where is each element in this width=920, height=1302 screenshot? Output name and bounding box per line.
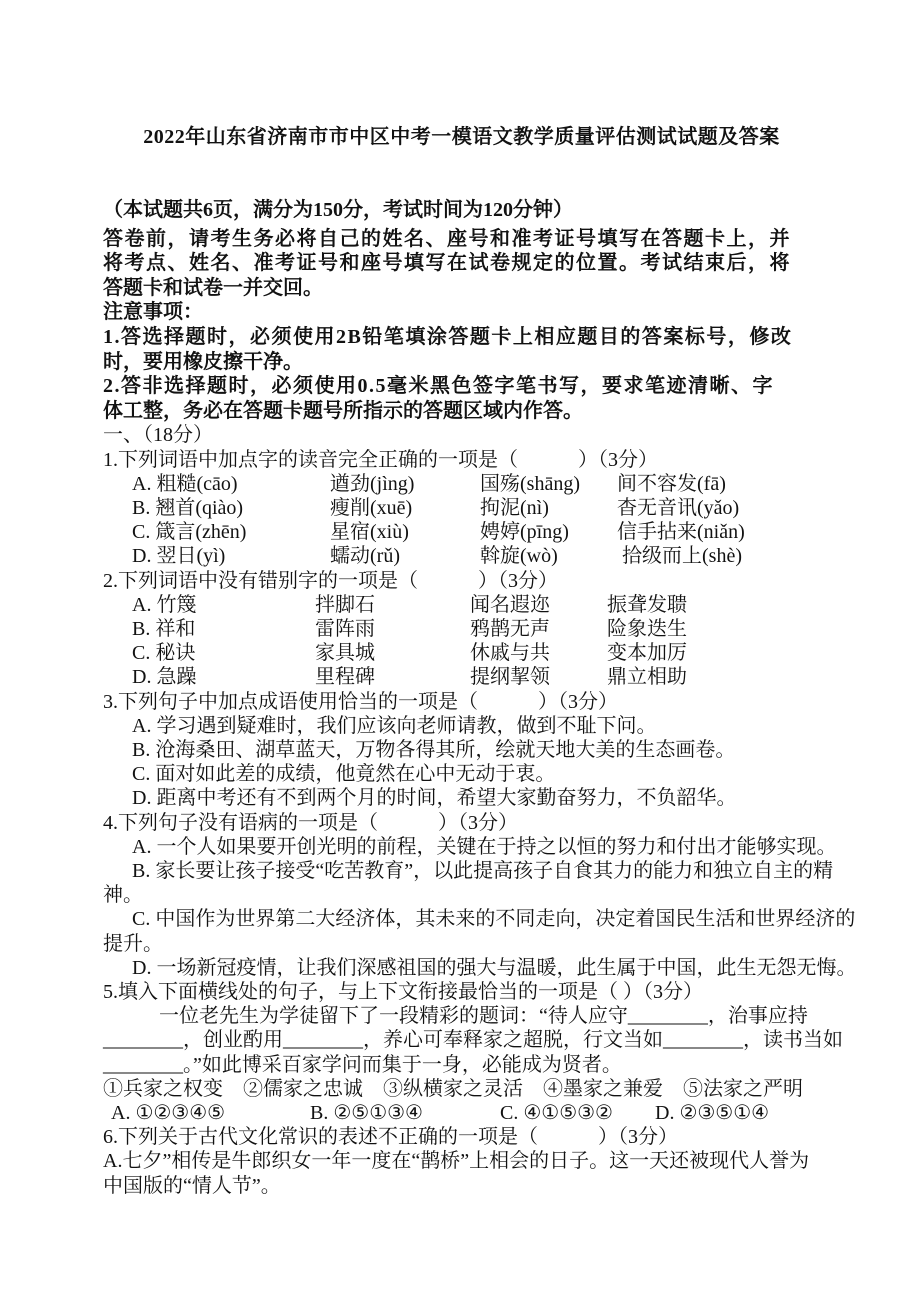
question-1-option-b: B. 翘首(qiào) 瘦削(xuē) 拘泥(nì) 杳无音讯(yǎo) — [103, 496, 820, 520]
option-cell: 里程碑 — [315, 665, 470, 689]
option-cell: 拌脚石 — [315, 593, 470, 617]
question-4-option-b: B. 家长要让孩子接受“吃苦教育”，以此提高孩子自食其力的能力和独立自主的精 — [103, 859, 820, 883]
option-cell: C. 箴言(zhēn) — [132, 520, 330, 544]
option-cell: 信手拈来(niǎn) — [617, 520, 745, 544]
question-1-option-a: A. 粗糙(cāo) 遒劲(jìng) 国殇(shāng) 间不容发(fā) — [103, 472, 820, 496]
note2-line: 体工整，务必在答题卡题号所指示的答题区域内作答。 — [103, 399, 820, 424]
option-cell: 险象迭生 — [607, 617, 687, 641]
option-cell: 拘泥(nì) — [480, 496, 617, 520]
question-1-option-c: C. 箴言(zhēn) 星宿(xiù) 娉婷(pīng) 信手拈来(niǎn) — [103, 520, 820, 544]
exam-notice-section: （本试题共6页，满分为150分，考试时间为120分钟） 答卷前，请考生务必将自己… — [103, 198, 820, 423]
question-2-option-d: D. 急躁 里程碑 提纲挈领 鼎立相助 — [103, 665, 820, 689]
question-4-option-c: C. 中国作为世界第二大经济体，其未来的不同走向，决定着国民生活和世界经济的 — [103, 907, 820, 931]
option-cell: 提纲挈领 — [470, 665, 607, 689]
option-cell: C. 秘诀 — [132, 641, 315, 665]
option-cell: D. 翌日(yì) — [132, 544, 330, 568]
option-cell: 间不容发(fā) — [617, 472, 726, 496]
option-cell: A. 粗糙(cāo) — [132, 472, 330, 496]
option-cell: 星宿(xiù) — [330, 520, 480, 544]
exam-info-line: （本试题共6页，满分为150分，考试时间为120分钟） — [103, 198, 820, 223]
option-cell: 斡旋(wò) — [480, 544, 617, 568]
question-5-choices: A. ①②③④⑤ B. ②⑤①③④ C. ④①⑤③② D. ②③⑤①④ — [103, 1101, 820, 1125]
notes-title: 注意事项： — [103, 300, 820, 325]
note2-line: 2.答非选择题时，必须使用0.5毫米黑色签字笔书写，要求笔迹清晰、字 — [103, 374, 820, 399]
option-cell: 雷阵雨 — [315, 617, 470, 641]
question-6-option-a: A.七夕”相传是牛郎织女一年一度在“鹊桥”上相会的日子。这一天还被现代人誉为 — [103, 1149, 820, 1173]
question-3-option-c: C. 面对如此差的成绩，他竟然在心中无动于衷。 — [103, 762, 820, 786]
question-6-option-a-continued: 中国版的“情人节”。 — [103, 1174, 820, 1198]
option-cell: 瘦削(xuē) — [330, 496, 480, 520]
question-6-stem: 6.下列关于古代文化常识的表述不正确的一项是（ ）（3分） — [103, 1125, 820, 1149]
option-cell: 娉婷(pīng) — [480, 520, 617, 544]
question-3-stem: 3.下列句子中加点成语使用恰当的一项是（ ）（3分） — [103, 690, 820, 714]
option-cell: A. 竹篾 — [132, 593, 315, 617]
question-4-option-c-continued: 提升。 — [103, 932, 820, 956]
question-1-stem: 1.下列词语中加点字的读音完全正确的一项是（ ）（3分） — [103, 448, 820, 472]
question-5-stem: 5.填入下面横线处的句子，与上下文衔接最恰当的一项是（ ）（3分） — [103, 980, 820, 1004]
question-3-option-a: A. 学习遇到疑难时，我们应该向老师请教，做到不耻下问。 — [103, 714, 820, 738]
notice-paragraph-line: 将考点、姓名、准考证号和座号填写在试卷规定的位置。考试结束后，将 — [103, 251, 820, 276]
question-5-passage-line: ________。”如此博采百家学问而集于一身，必能成为贤者。 — [103, 1053, 820, 1077]
document-title: 2022年山东省济南市市中区中考一模语文教学质量评估测试试题及答案 — [103, 120, 820, 149]
question-4-option-a: A. 一个人如果要开创光明的前程，关键在于持之以恒的努力和付出才能够实现。 — [103, 835, 820, 859]
section-heading: 一、（18分） — [103, 423, 820, 447]
option-cell: 振聋发聩 — [607, 593, 687, 617]
question-4-option-d: D. 一场新冠疫情，让我们深感祖国的强大与温暖，此生属于中国，此生无怨无悔。 — [103, 956, 820, 980]
question-2-stem: 2.下列词语中没有错别字的一项是（ ）（3分） — [103, 569, 820, 593]
option-cell: 家具城 — [315, 641, 470, 665]
question-2-option-b: B. 祥和 雷阵雨 鸦鹊无声 险象迭生 — [103, 617, 820, 641]
question-4-option-b-continued: 神。 — [103, 883, 820, 907]
exam-document-page: 2022年山东省济南市市中区中考一模语文教学质量评估测试试题及答案 （本试题共6… — [0, 0, 920, 1302]
question-3-option-b: B. 沧海桑田、湖草蓝天，万物各得其所，绘就天地大美的生态画卷。 — [103, 738, 820, 762]
question-3-option-d: D. 距离中考还有不到两个月的时间，希望大家勤奋努力，不负韶华。 — [103, 786, 820, 810]
question-5-passage-line: ________，创业酌用________，养心可奉释家之超脱，行文当如____… — [103, 1028, 820, 1052]
note1-line: 1.答选择题时，必须使用2B铅笔填涂答题卡上相应题目的答案标号，修改 — [103, 325, 820, 350]
notice-paragraph-line: 答卷前，请考生务必将自己的姓名、座号和准考证号填写在答题卡上，并 — [103, 227, 820, 252]
question-4-stem: 4.下列句子没有语病的一项是（ ）（3分） — [103, 811, 820, 835]
option-cell: D. 急躁 — [132, 665, 315, 689]
question-2-option-c: C. 秘诀 家具城 休戚与共 变本加厉 — [103, 641, 820, 665]
choice-c: C. ④①⑤③② — [500, 1101, 655, 1125]
option-cell: 国殇(shāng) — [480, 472, 617, 496]
option-cell: 拾级而上(shè) — [617, 544, 742, 568]
notice-paragraph-line: 答题卡和试卷一并交回。 — [103, 276, 820, 301]
option-cell: 蠕动(rǔ) — [330, 544, 480, 568]
question-5-passage-line: 一位老先生为学徒留下了一段精彩的题词：“待人应守________，治事应持 — [103, 1004, 820, 1028]
option-cell: 变本加厉 — [607, 641, 687, 665]
questions-section: 一、（18分） 1.下列词语中加点字的读音完全正确的一项是（ ）（3分） A. … — [103, 423, 820, 1198]
option-cell: B. 翘首(qiào) — [132, 496, 330, 520]
question-5-items: ①兵家之权变 ②儒家之忠诚 ③纵横家之灵活 ④墨家之兼爱 ⑤法家之严明 — [103, 1077, 820, 1101]
option-cell: 鸦鹊无声 — [470, 617, 607, 641]
option-cell: 闻名遐迩 — [470, 593, 607, 617]
question-1-option-d: D. 翌日(yì) 蠕动(rǔ) 斡旋(wò) 拾级而上(shè) — [103, 544, 820, 568]
question-2-option-a: A. 竹篾 拌脚石 闻名遐迩 振聋发聩 — [103, 593, 820, 617]
choice-b: B. ②⑤①③④ — [310, 1101, 500, 1125]
option-cell: B. 祥和 — [132, 617, 315, 641]
option-cell: 鼎立相助 — [607, 665, 687, 689]
choice-a: A. ①②③④⑤ — [111, 1101, 310, 1125]
option-cell: 遒劲(jìng) — [330, 472, 480, 496]
note1-line: 时，要用橡皮擦干净。 — [103, 350, 820, 375]
choice-d: D. ②③⑤①④ — [655, 1101, 769, 1125]
option-cell: 休戚与共 — [470, 641, 607, 665]
option-cell: 杳无音讯(yǎo) — [617, 496, 739, 520]
